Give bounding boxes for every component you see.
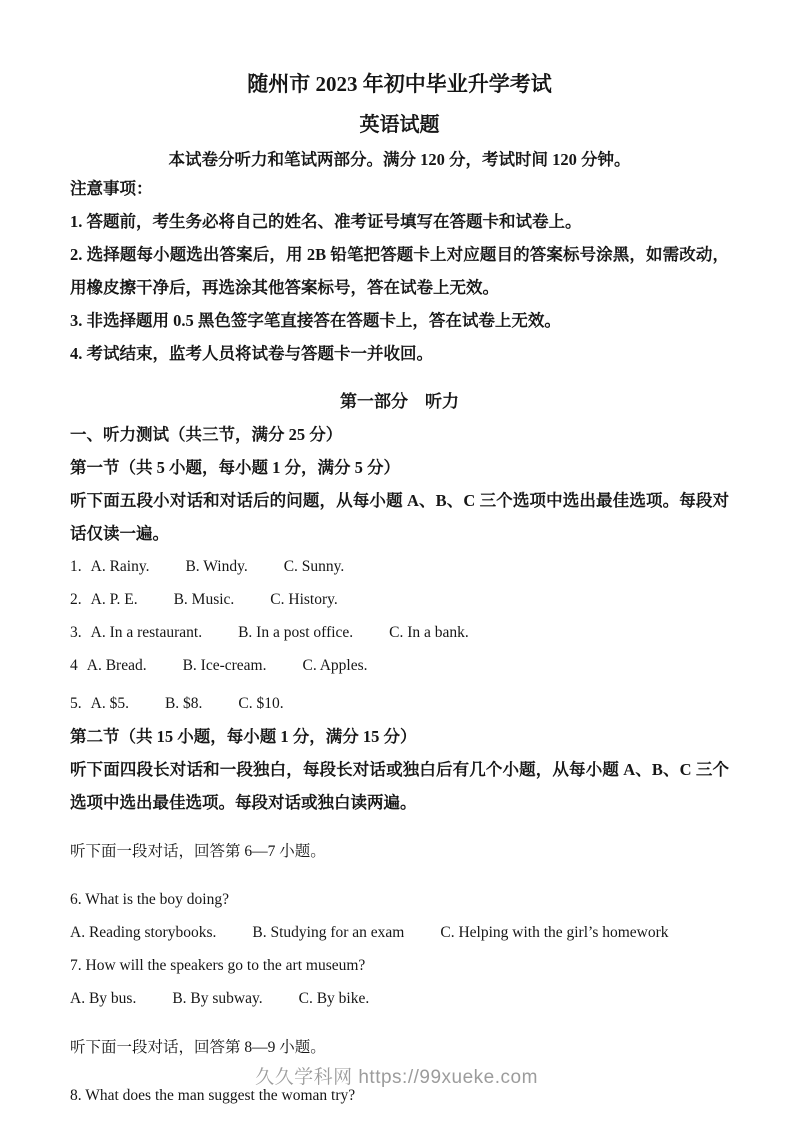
question-5-option-c: C. $10. [238, 687, 283, 720]
question-8-stem: 8. What does the man suggest the woman t… [70, 1087, 355, 1104]
question-7-option-c: C. By bike. [299, 982, 370, 1015]
question-6-stem: 6. What is the boy doing? [70, 891, 229, 908]
part1-heading: 第一部分 听力 [70, 385, 729, 418]
exam-paper-page: 随州市 2023 年初中毕业升学考试 英语试题 本试卷分听力和笔试两部分。满分 … [0, 0, 793, 1122]
watermark: 久久学科网 https://99xueke.com [0, 1062, 793, 1089]
question-1: 1.A. Rainy.B. Windy.C. Sunny. [70, 550, 729, 583]
page-subtitle: 英语试题 [70, 113, 729, 137]
question-4-option-a: A. Bread. [87, 649, 147, 682]
question-2-number: 2. [70, 583, 82, 616]
question-7-option-b: B. By subway. [172, 982, 262, 1015]
question-4-option-c: C. Apples. [302, 649, 367, 682]
question-1-option-a: A. Rainy. [91, 550, 150, 583]
notice-item-1: 1. 答题前，考生务必将自己的姓名、准考证号填写在答题卡和试卷上。 [70, 205, 729, 238]
question-3-number: 3. [70, 616, 82, 649]
question-1-option-b: B. Windy. [185, 550, 247, 583]
document-content: 随州市 2023 年初中毕业升学考试 英语试题 本试卷分听力和笔试两部分。满分 … [70, 0, 729, 1112]
question-4: 4A. Bread.B. Ice-cream.C. Apples. [70, 649, 729, 682]
question-6-option-b: B. Studying for an exam [252, 916, 404, 949]
question-7-option-a: A. By bus. [70, 982, 136, 1015]
question-2-option-a: A. P. E. [91, 583, 138, 616]
question-3-option-a: A. In a restaurant. [91, 616, 202, 649]
exam-summary: 本试卷分听力和笔试两部分。满分 120 分，考试时间 120 分钟。 [70, 147, 729, 172]
notice-item-3: 3. 非选择题用 0.5 黑色签字笔直接答在答题卡上，答在试卷上无效。 [70, 304, 729, 337]
question-5-option-a: A. $5. [91, 687, 129, 720]
question-1-option-c: C. Sunny. [284, 550, 345, 583]
notice-heading: 注意事项： [70, 172, 729, 205]
question-2-option-b: B. Music. [174, 583, 235, 616]
notice-item-4: 4. 考试结束，监考人员将试卷与答题卡一并收回。 [70, 337, 729, 370]
question-6-option-c: C. Helping with the girl’s homework [440, 916, 668, 949]
question-7-options: A. By bus.B. By subway.C. By bike. [70, 982, 729, 1015]
question-7-stem: 7. How will the speakers go to the art m… [70, 957, 365, 974]
notice-item-2: 2. 选择题每小题选出答案后，用 2B 铅笔把答题卡上对应题目的答案标号涂黑，如… [70, 238, 729, 304]
listening-section-title: 一、听力测试（共三节，满分 25 分） [70, 418, 729, 451]
question-5-option-b: B. $8. [165, 687, 202, 720]
question-7-text: 7. How will the speakers go to the art m… [70, 949, 729, 982]
question-6-text: 6. What is the boy doing? [70, 883, 729, 916]
question-3: 3.A. In a restaurant.B. In a post office… [70, 616, 729, 649]
section1-instructions: 听下面五段小对话和对话后的问题，从每小题 A、B、C 三个选项中选出最佳选项。每… [70, 484, 729, 550]
question-6-option-a: A. Reading storybooks. [70, 916, 216, 949]
question-4-option-b: B. Ice-cream. [183, 649, 267, 682]
section1-title: 第一节（共 5 小题，每小题 1 分，满分 5 分） [70, 451, 729, 484]
section2-instructions: 听下面四段长对话和一段独白，每段长对话或独白后有几个小题，从每小题 A、B、C … [70, 753, 729, 819]
page-title: 随州市 2023 年初中毕业升学考试 [70, 0, 729, 97]
dialog-note-8-9: 听下面一段对话，回答第 8—9 小题。 [70, 1031, 729, 1064]
question-2-option-c: C. History. [270, 583, 337, 616]
section2-title: 第二节（共 15 小题，每小题 1 分，满分 15 分） [70, 720, 729, 753]
question-4-number: 4 [70, 649, 78, 682]
question-6-options: A. Reading storybooks.B. Studying for an… [70, 916, 729, 949]
question-3-option-c: C. In a bank. [389, 616, 469, 649]
question-2: 2.A. P. E.B. Music.C. History. [70, 583, 729, 616]
dialog-note-6-7: 听下面一段对话，回答第 6—7 小题。 [70, 835, 729, 868]
question-5-number: 5. [70, 687, 82, 720]
question-1-number: 1. [70, 550, 82, 583]
question-3-option-b: B. In a post office. [238, 616, 353, 649]
question-5: 5.A. $5.B. $8.C. $10. [70, 687, 729, 720]
